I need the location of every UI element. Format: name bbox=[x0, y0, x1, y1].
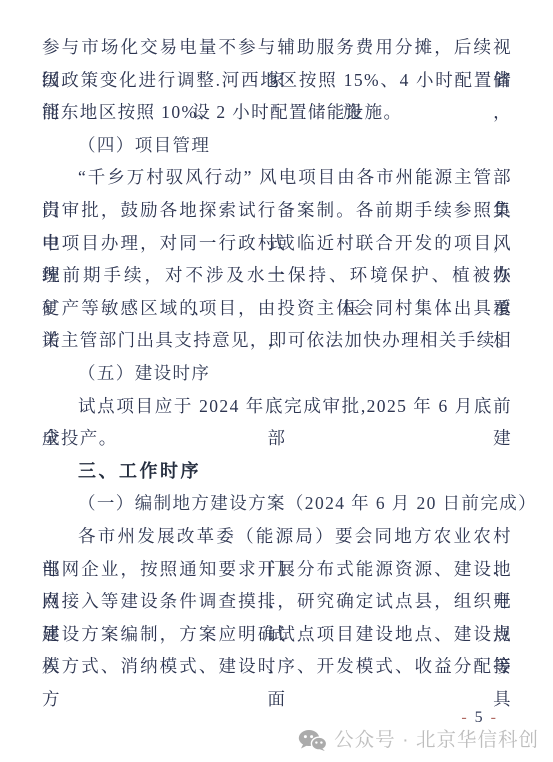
text-line: 理前期手续，对不涉及水土保持、环境保护、植被恢复、压覆 bbox=[42, 259, 512, 292]
section-heading: （四）项目管理 bbox=[42, 129, 512, 162]
text-line: 网接入等建设条件调查摸排，研究确定试点县，组织开展试点 bbox=[42, 585, 512, 618]
page-number-dash: - bbox=[487, 709, 500, 726]
watermark-text: 公众号 · 北京华信科创 bbox=[334, 727, 539, 753]
wechat-icon bbox=[298, 729, 327, 752]
text-line: 电项目办理，对同一行政村或临近村联合开发的项目，统一办 bbox=[42, 227, 512, 260]
text-line: 入方式、消纳模式、建设时序、开发模式、收益分配等方面具 bbox=[42, 650, 512, 683]
text-line: 关主管部门出具支持意见，即可依法加快办理相关手续。 bbox=[42, 324, 512, 357]
chapter-heading: 三、工作时序 bbox=[42, 455, 512, 488]
section-heading: （一）编制地方建设方案（2024 年 6 月 20 日前完成） bbox=[42, 487, 512, 520]
document-body: 参与市场化交易电量不参与辅助服务费用分摊，后续视国家省 级政策变化进行调整.河西… bbox=[42, 31, 512, 683]
page-number-dash: - bbox=[457, 709, 470, 726]
text-line: 责审批，鼓励各地探索试行备案制。各前期手续参照集中式风 bbox=[42, 194, 512, 227]
text-line: 建设方案编制，方案应明确试点项目建设地点、建设规模、接 bbox=[42, 618, 512, 651]
text-line: 矿产等敏感区域的项目，由投资主体会同村集体出具承诺，相 bbox=[42, 292, 512, 325]
text-line: 各市州发展改革委（能源局）要会同地方农业农村部门、 bbox=[42, 520, 512, 553]
text-line: 级政策变化进行调整.河西地区按照 15%、4 小时配置储能设施， bbox=[42, 64, 512, 97]
text-line: “千乡万村驭风行动” 风电项目由各市州能源主管部门负 bbox=[42, 161, 512, 194]
document-page: 参与市场化交易电量不参与辅助服务费用分摊，后续视国家省 级政策变化进行调整.河西… bbox=[0, 0, 553, 762]
text-line: 参与市场化交易电量不参与辅助服务费用分摊，后续视国家省 bbox=[42, 31, 512, 64]
page-number: -5- bbox=[457, 709, 500, 727]
section-heading: （五）建设时序 bbox=[42, 357, 512, 390]
text-line: 试点项目应于 2024 年底完成审批,2025 年 6 月底前全部建 bbox=[42, 390, 512, 423]
page-number-value: 5 bbox=[471, 709, 487, 726]
watermark: 公众号 · 北京华信科创 bbox=[298, 727, 539, 753]
text-line: 电网企业，按照通知要求开展分布式能源资源、建设地点、电 bbox=[42, 553, 512, 586]
